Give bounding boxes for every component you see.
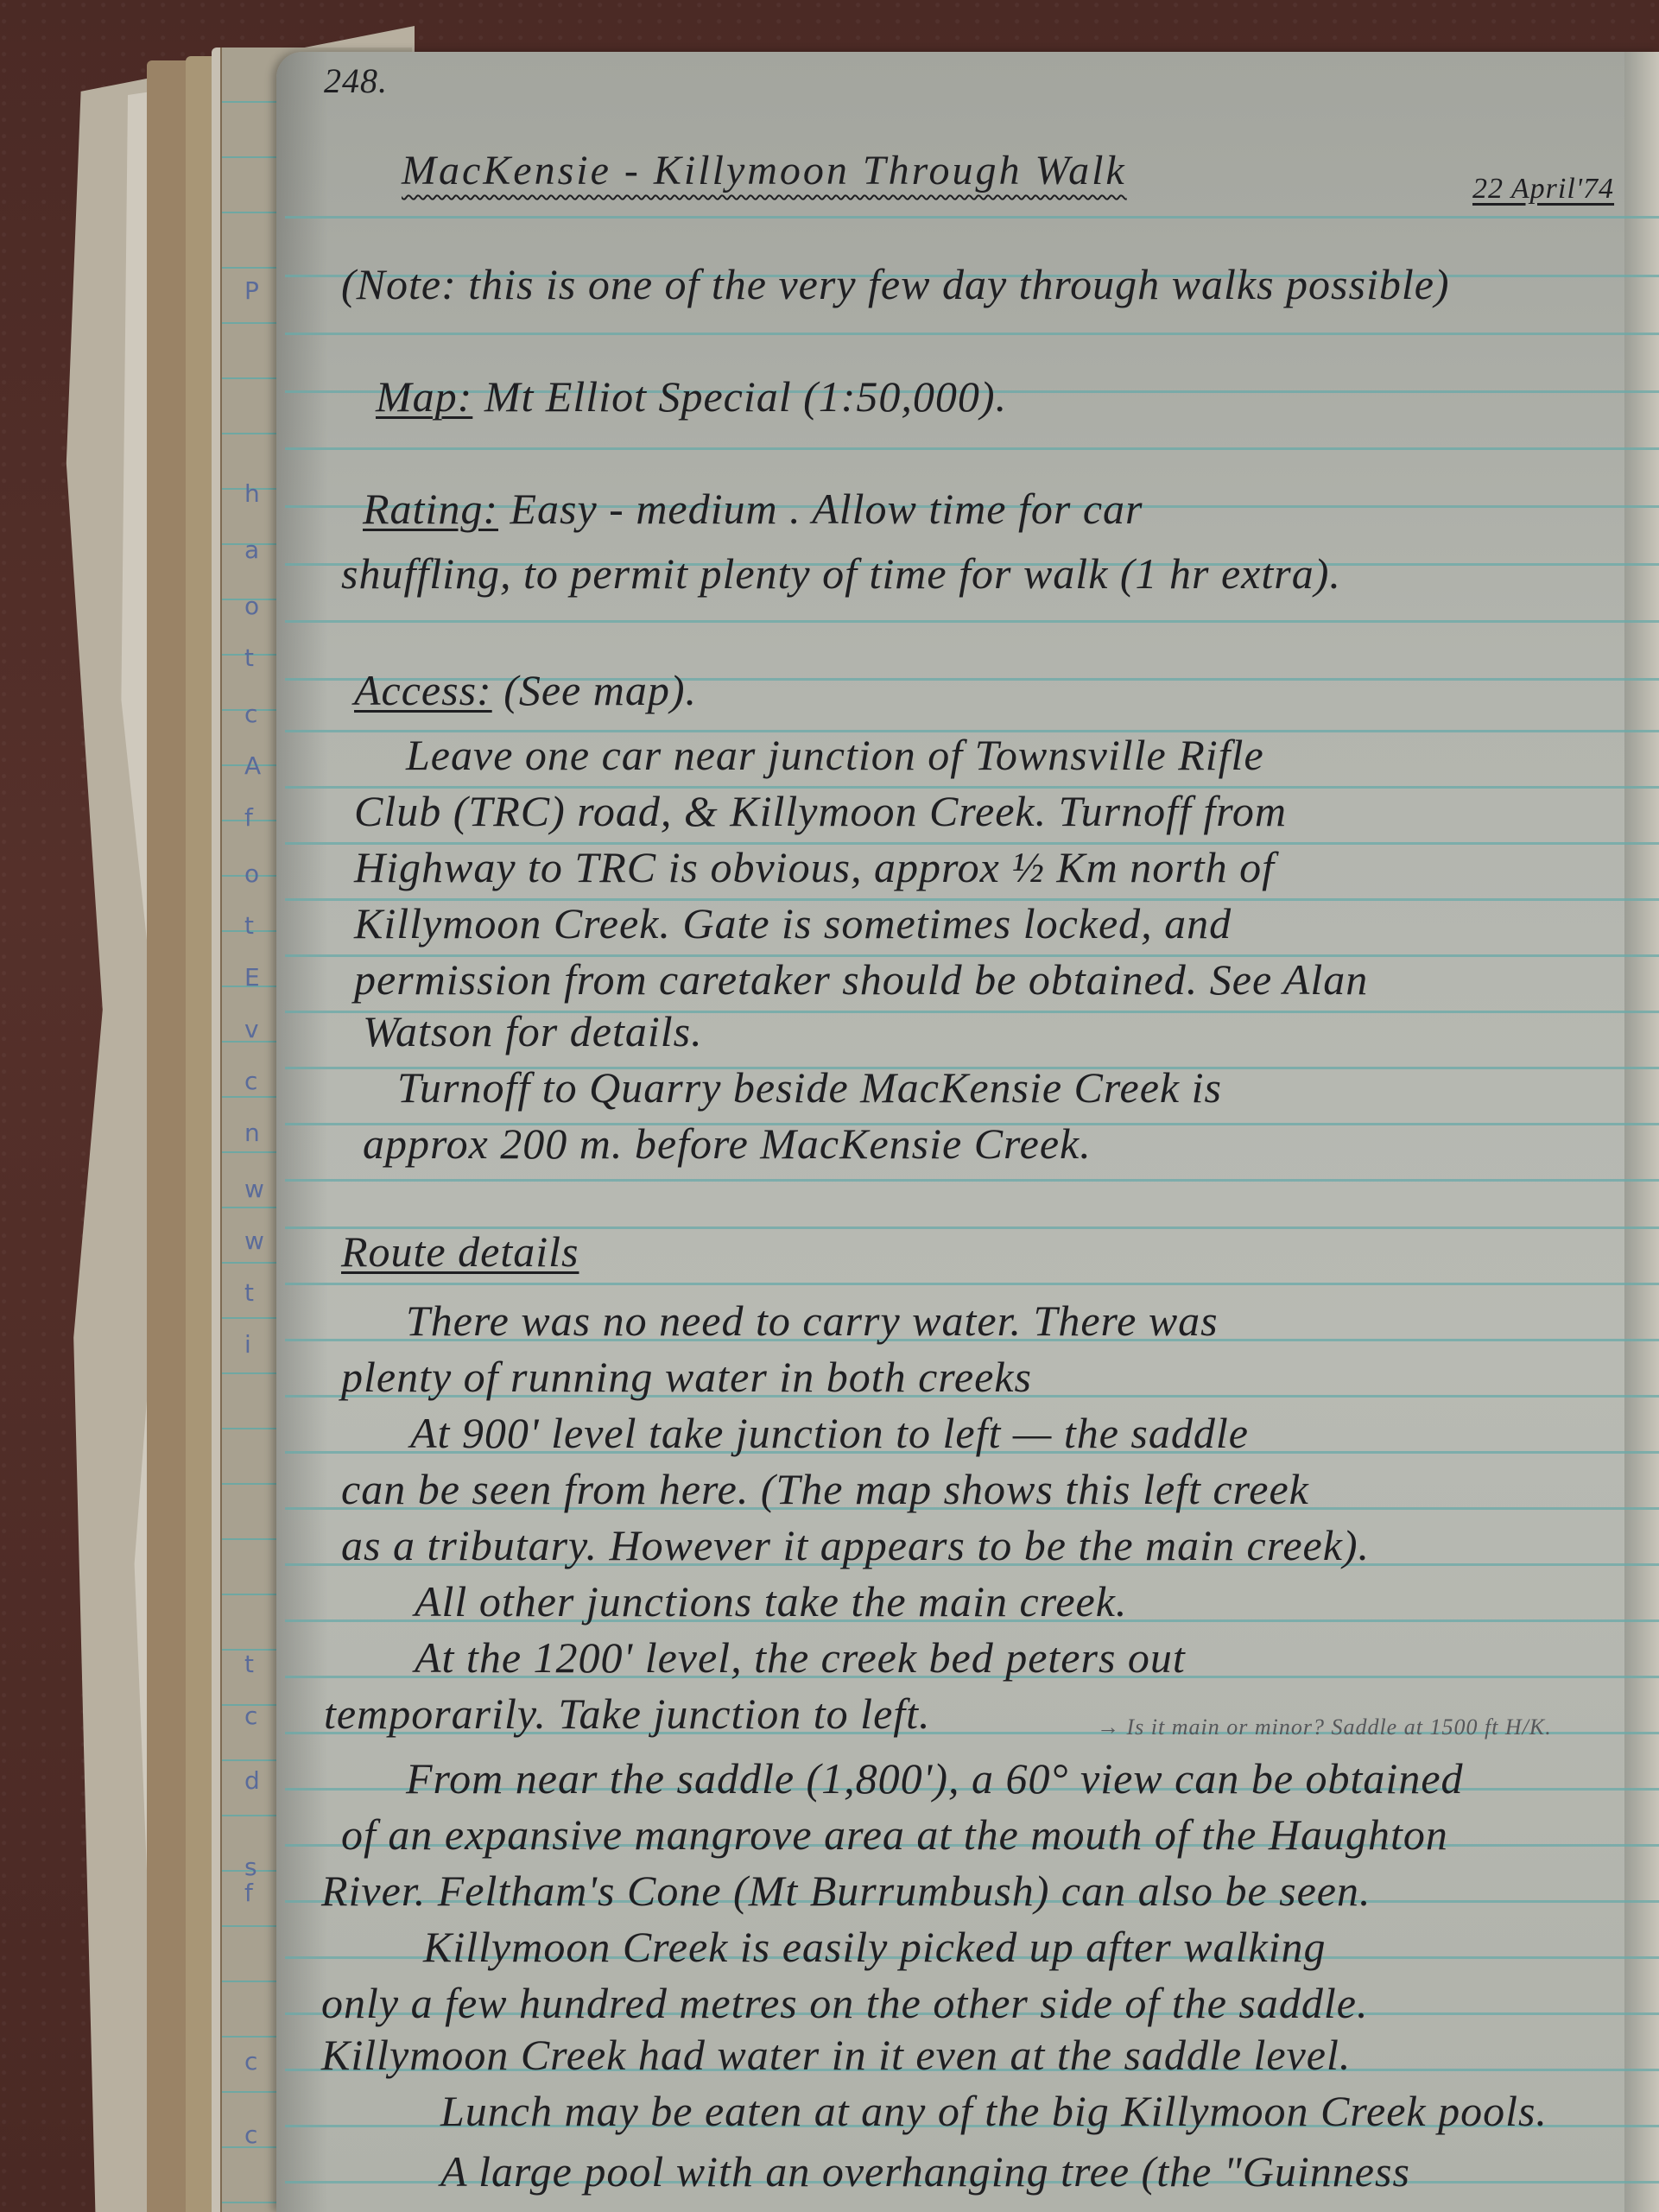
margin-letter: c xyxy=(244,700,257,728)
pencil-annotation: → Is it main or minor? Saddle at 1500 ft… xyxy=(1097,1714,1552,1740)
ruled-line xyxy=(285,216,1659,219)
route-line: Killymoon Creek had water in it even at … xyxy=(321,2030,1351,2080)
route-line: can be seen from here. (The map shows th… xyxy=(341,1464,1309,1514)
access-line: Killymoon Creek. Gate is sometimes locke… xyxy=(354,898,1232,948)
route-line: temporarily. Take junction to left. xyxy=(324,1689,931,1739)
page-right-edge xyxy=(1624,52,1659,2212)
margin-letter: t xyxy=(244,1650,254,1678)
margin-letter: t xyxy=(244,911,254,940)
map-value: Mt Elliot Special (1:50,000). xyxy=(484,372,1007,421)
margin-letter: t xyxy=(244,643,254,672)
route-line: At the 1200' level, the creek bed peters… xyxy=(415,1632,1186,1683)
margin-letter: c xyxy=(244,1702,257,1730)
ruled-line xyxy=(285,333,1659,335)
ruled-line xyxy=(285,1179,1659,1182)
access-line: Turnoff to Quarry beside MacKensie Creek… xyxy=(397,1062,1222,1112)
margin-letter: w xyxy=(244,1175,264,1203)
access-line: Highway to TRC is obvious, approx ½ Km n… xyxy=(354,842,1275,892)
route-line: There was no need to carry water. There … xyxy=(406,1296,1219,1346)
margin-letter: w xyxy=(244,1226,264,1255)
margin-letter: c xyxy=(244,2120,257,2149)
route-line: Lunch may be eaten at any of the big Kil… xyxy=(440,2086,1548,2136)
margin-letter: t xyxy=(244,1278,254,1307)
margin-letter: c xyxy=(244,2047,257,2076)
rating-line-1: Easy - medium . Allow time for car xyxy=(510,485,1143,533)
margin-letter: n xyxy=(244,1119,260,1147)
route-line: All other junctions take the main creek. xyxy=(415,1576,1127,1626)
access-line: Watson for details. xyxy=(363,1006,703,1056)
margin-letter: E xyxy=(244,963,260,992)
margin-letter: f xyxy=(244,803,253,832)
margin-letter: o xyxy=(244,592,259,620)
access-line: permission from caretaker should be obta… xyxy=(354,954,1368,1005)
route-line: only a few hundred metres on the other s… xyxy=(321,1978,1368,2028)
access-label: Access: xyxy=(354,666,492,714)
margin-letter: v xyxy=(244,1015,259,1043)
page-title: MacKensie - Killymoon Through Walk xyxy=(402,147,1127,194)
ruled-line xyxy=(285,620,1659,623)
route-line: as a tributary. However it appears to be… xyxy=(341,1520,1370,1570)
margin-letter: i xyxy=(244,1330,251,1359)
route-line: of an expansive mangrove area at the mou… xyxy=(341,1810,1448,1860)
note-text: (Note: this is one of the very few day t… xyxy=(341,259,1450,309)
access-line: Leave one car near junction of Townsvill… xyxy=(406,730,1264,780)
access-line: Club (TRC) road, & Killymoon Creek. Turn… xyxy=(354,786,1287,836)
route-line: River. Feltham's Cone (Mt Burrumbush) ca… xyxy=(321,1866,1371,1916)
access-line: approx 200 m. before MacKensie Creek. xyxy=(363,1119,1092,1169)
route-details-label: Route details xyxy=(341,1226,579,1277)
access-heading-rest: (See map). xyxy=(503,666,697,714)
margin-letter: o xyxy=(244,859,259,888)
route-line: At 900' level take junction to left — th… xyxy=(410,1408,1249,1458)
margin-letter: P xyxy=(244,276,259,305)
page-number: 248. xyxy=(324,60,388,101)
ruled-line xyxy=(285,1283,1659,1285)
margin-letter: s xyxy=(244,1853,257,1881)
margin-letter: h xyxy=(244,479,260,508)
route-line: Killymoon Creek is easily picked up afte… xyxy=(423,1922,1327,1972)
map-label: Map: xyxy=(376,372,472,421)
margin-letter: a xyxy=(244,536,259,564)
rating-label: Rating: xyxy=(363,485,498,533)
ruled-line xyxy=(285,447,1659,450)
rating-line-2: shuffling, to permit plenty of time for … xyxy=(341,548,1341,599)
margin-letter: c xyxy=(244,1067,257,1095)
margin-letter: A xyxy=(244,751,261,780)
route-line: From near the saddle (1,800'), a 60° vie… xyxy=(406,1753,1464,1803)
margin-letter: f xyxy=(244,1879,253,1907)
route-line: plenty of running water in both creeks xyxy=(341,1352,1032,1402)
route-line: A large pool with an overhanging tree (t… xyxy=(440,2146,1410,2196)
margin-letter: d xyxy=(244,1766,260,1795)
entry-date: 22 April'74 xyxy=(1472,173,1614,206)
